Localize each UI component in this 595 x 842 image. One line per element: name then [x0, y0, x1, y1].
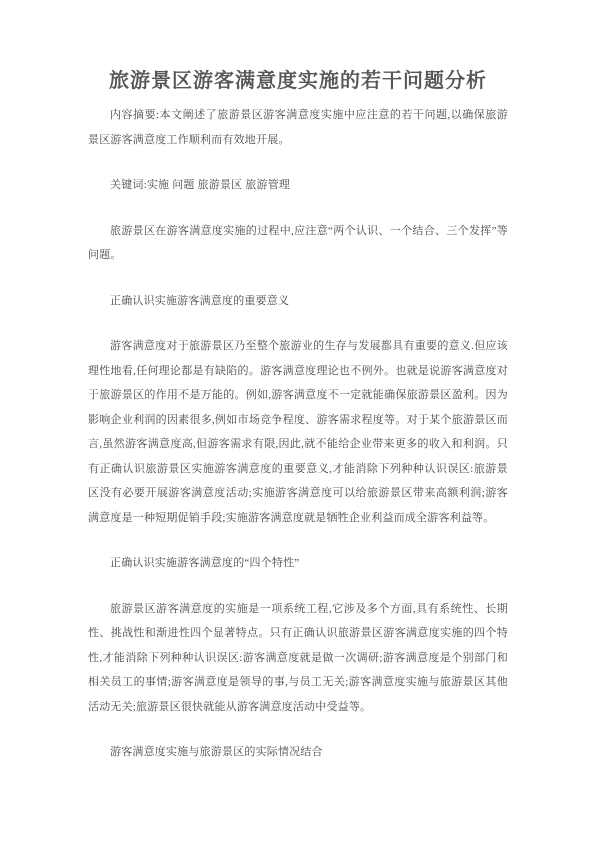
- document-title: 旅游景区游客满意度实施的若干问题分析: [88, 66, 508, 96]
- abstract-paragraph: 内容摘要:本文阐述了旅游景区游客满意度实施中应注意的若干问题,以确保旅游景区游客…: [88, 103, 508, 152]
- document-page: 旅游景区游客满意度实施的若干问题分析 内容摘要:本文阐述了旅游景区游客满意度实施…: [0, 0, 595, 842]
- section-body-1: 游客满意度对于旅游景区乃至整个旅游业的生存与发展都具有重要的意义.但应该理性地看…: [88, 334, 508, 530]
- section-body-2: 旅游景区游客满意度的实施是一项系统工程,它涉及多个方面,具有系统性、长期性、挑战…: [88, 597, 508, 720]
- section-heading-2: 正确认识实施游客满意度的“四个特性”: [88, 551, 508, 576]
- section-heading-1: 正确认识实施游客满意度的重要意义: [88, 289, 508, 314]
- keywords-line: 关键词:实施 问题 旅游景区 旅游管理: [88, 173, 508, 198]
- section-heading-3: 游客满意度实施与旅游景区的实际情况结合: [88, 740, 508, 765]
- intro-paragraph: 旅游景区在游客满意度实施的过程中,应注意“两个认识、一个结合、三个发挥”等问题。: [88, 219, 508, 268]
